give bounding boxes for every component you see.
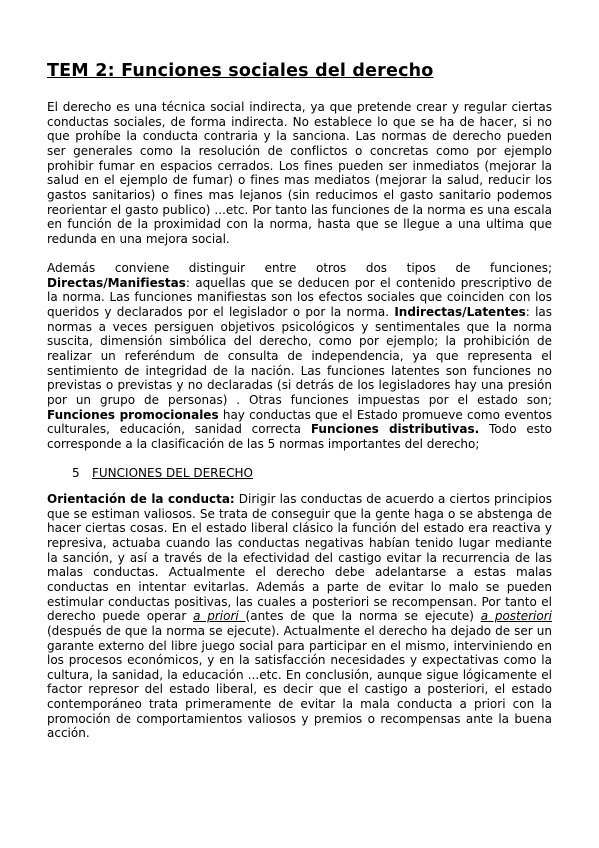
- paragraph-orientacion-de-la-conducta: Orientación de la conducta: Dirigir las …: [47, 492, 552, 741]
- text-run: (antes de que la norma se ejecute): [246, 609, 481, 623]
- list-item-number: 5: [72, 466, 86, 481]
- term-directas-manifiestas: Directas/Manifiestas: [47, 276, 186, 290]
- term-a-posteriori: a posteriori: [481, 609, 552, 623]
- text-run: Dirigir las conductas de acuerdo a ciert…: [47, 492, 552, 623]
- term-funciones-distributivas: Funciones distributivas.: [311, 422, 479, 436]
- paragraph-intro: El derecho es una técnica social indirec…: [47, 100, 552, 247]
- term-indirectas-latentes: Indirectas/Latentes: [394, 305, 525, 319]
- text-run: Además conviene distinguir entre otros d…: [47, 261, 552, 275]
- term-a-priori: a priori: [193, 609, 245, 623]
- term-funciones-promocionales: Funciones promocionales: [47, 408, 219, 422]
- list-item-funciones-del-derecho: 5FUNCIONES DEL DERECHO: [47, 466, 552, 481]
- document-page: TEM 2: Funciones sociales del derecho El…: [0, 0, 599, 848]
- paragraph-tipos-de-funciones: Además conviene distinguir entre otros d…: [47, 261, 552, 452]
- list-item-label: FUNCIONES DEL DERECHO: [92, 466, 253, 480]
- document-title: TEM 2: Funciones sociales del derecho: [47, 60, 552, 83]
- text-run: El derecho es una técnica social indirec…: [47, 100, 552, 246]
- text-run: (después de que la norma se ejecute). Ac…: [47, 624, 552, 741]
- term-orientacion-de-la-conducta: Orientación de la conducta:: [47, 492, 235, 506]
- text-run: : las normas a veces persiguen objetivos…: [47, 305, 552, 407]
